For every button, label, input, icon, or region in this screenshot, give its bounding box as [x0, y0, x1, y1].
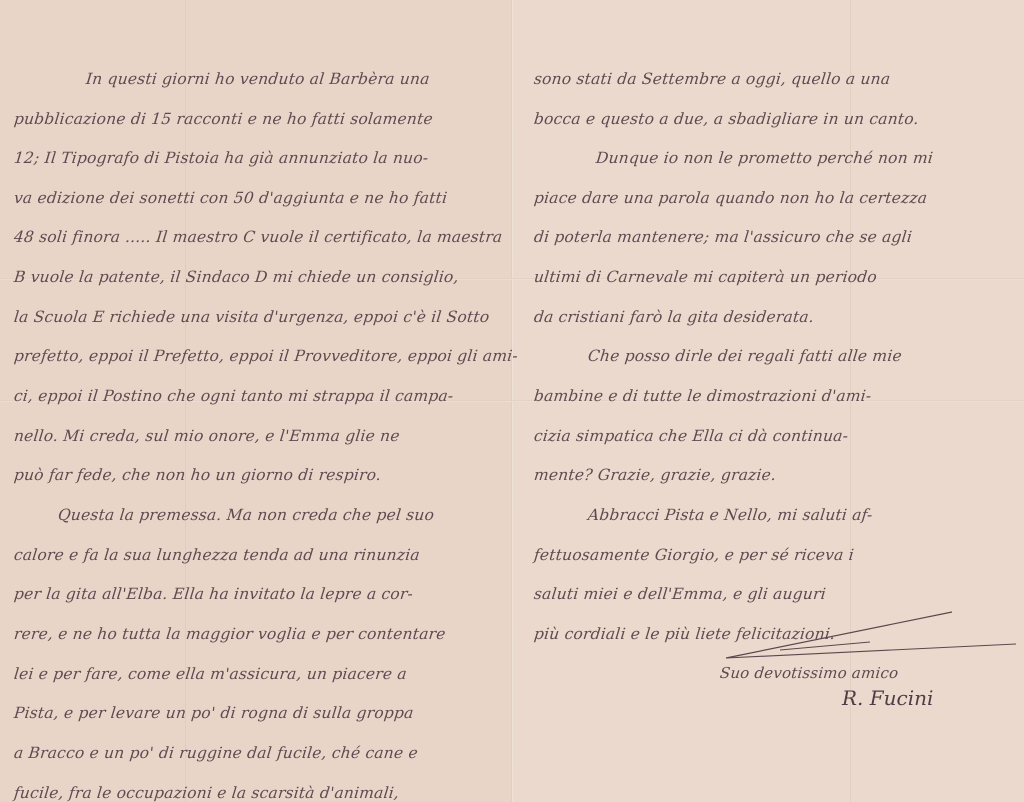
letter-line: In questi giorni ho venduto al Barbèra u…: [85, 70, 431, 88]
letter-line: per la gita all'Elba. Ella ha invitato l…: [13, 585, 414, 603]
letter-line: di poterla mantenere; ma l'assicuro che …: [533, 228, 913, 246]
letter-sheet: In questi giorni ho venduto al Barbèra u…: [0, 0, 1024, 802]
letter-line: può far fede, che non ho un giorno di re…: [13, 466, 382, 484]
letter-line: pubblicazione di 15 racconti e ne ho fat…: [13, 110, 434, 128]
letter-line: Abbracci Pista e Nello, mi saluti af-: [587, 506, 873, 524]
letter-line: Che posso dirle dei regali fatti alle mi…: [587, 347, 903, 365]
letter-line: bocca e questo a due, a sbadigliare in u…: [533, 110, 920, 128]
letter-line: fucile, fra le occupazioni e la scarsità…: [13, 784, 400, 802]
letter-line: va edizione dei sonetti con 50 d'aggiunt…: [13, 189, 448, 207]
letter-line: 48 soli finora ..... Il maestro C vuole …: [13, 228, 503, 246]
letter-line: nello. Mi creda, sul mio onore, e l'Emma…: [13, 427, 401, 445]
letter-line: calore e fa la sua lunghezza tenda ad un…: [13, 546, 421, 564]
letter-line: prefetto, eppoi il Prefetto, eppoi il Pr…: [13, 347, 519, 365]
letter-line: a Bracco e un po' di ruggine dal fucile,…: [13, 744, 419, 762]
signature-flourish-icon: [720, 600, 1020, 710]
letter-line: Dunque io non le prometto perché non mi: [595, 149, 934, 167]
letter-line: rere, e ne ho tutta la maggior voglia e …: [13, 625, 447, 643]
letter-line: piace dare una parola quando non ho la c…: [533, 189, 928, 207]
letter-line: ci, eppoi il Postino che ogni tanto mi s…: [13, 387, 454, 405]
letter-line: 12; Il Tipografo di Pistoia ha già annun…: [13, 149, 429, 167]
letter-line: la Scuola E richiede una visita d'urgenz…: [13, 308, 490, 326]
letter-line: lei e per fare, come ella m'assicura, un…: [13, 665, 408, 683]
letter-line: sono stati da Settembre a oggi, quello a…: [533, 70, 891, 88]
letter-line: da cristiani farò la gita desiderata.: [533, 308, 815, 326]
letter-line: B vuole la patente, il Sindaco D mi chie…: [13, 268, 460, 286]
letter-line: ultimi di Carnevale mi capiterà un perio…: [533, 268, 878, 286]
letter-line: mente? Grazie, grazie, grazie.: [533, 466, 777, 484]
letter-line: fettuosamente Giorgio, e per sé riceva i: [533, 546, 855, 564]
letter-line: bambine e di tutte le dimostrazioni d'am…: [533, 387, 872, 405]
letter-line: cizia simpatica che Ella ci dà continua-: [533, 427, 849, 445]
letter-line: Pista, e per levare un po' di rogna di s…: [13, 704, 414, 722]
letter-line: Questa la premessa. Ma non creda che pel…: [57, 506, 435, 524]
